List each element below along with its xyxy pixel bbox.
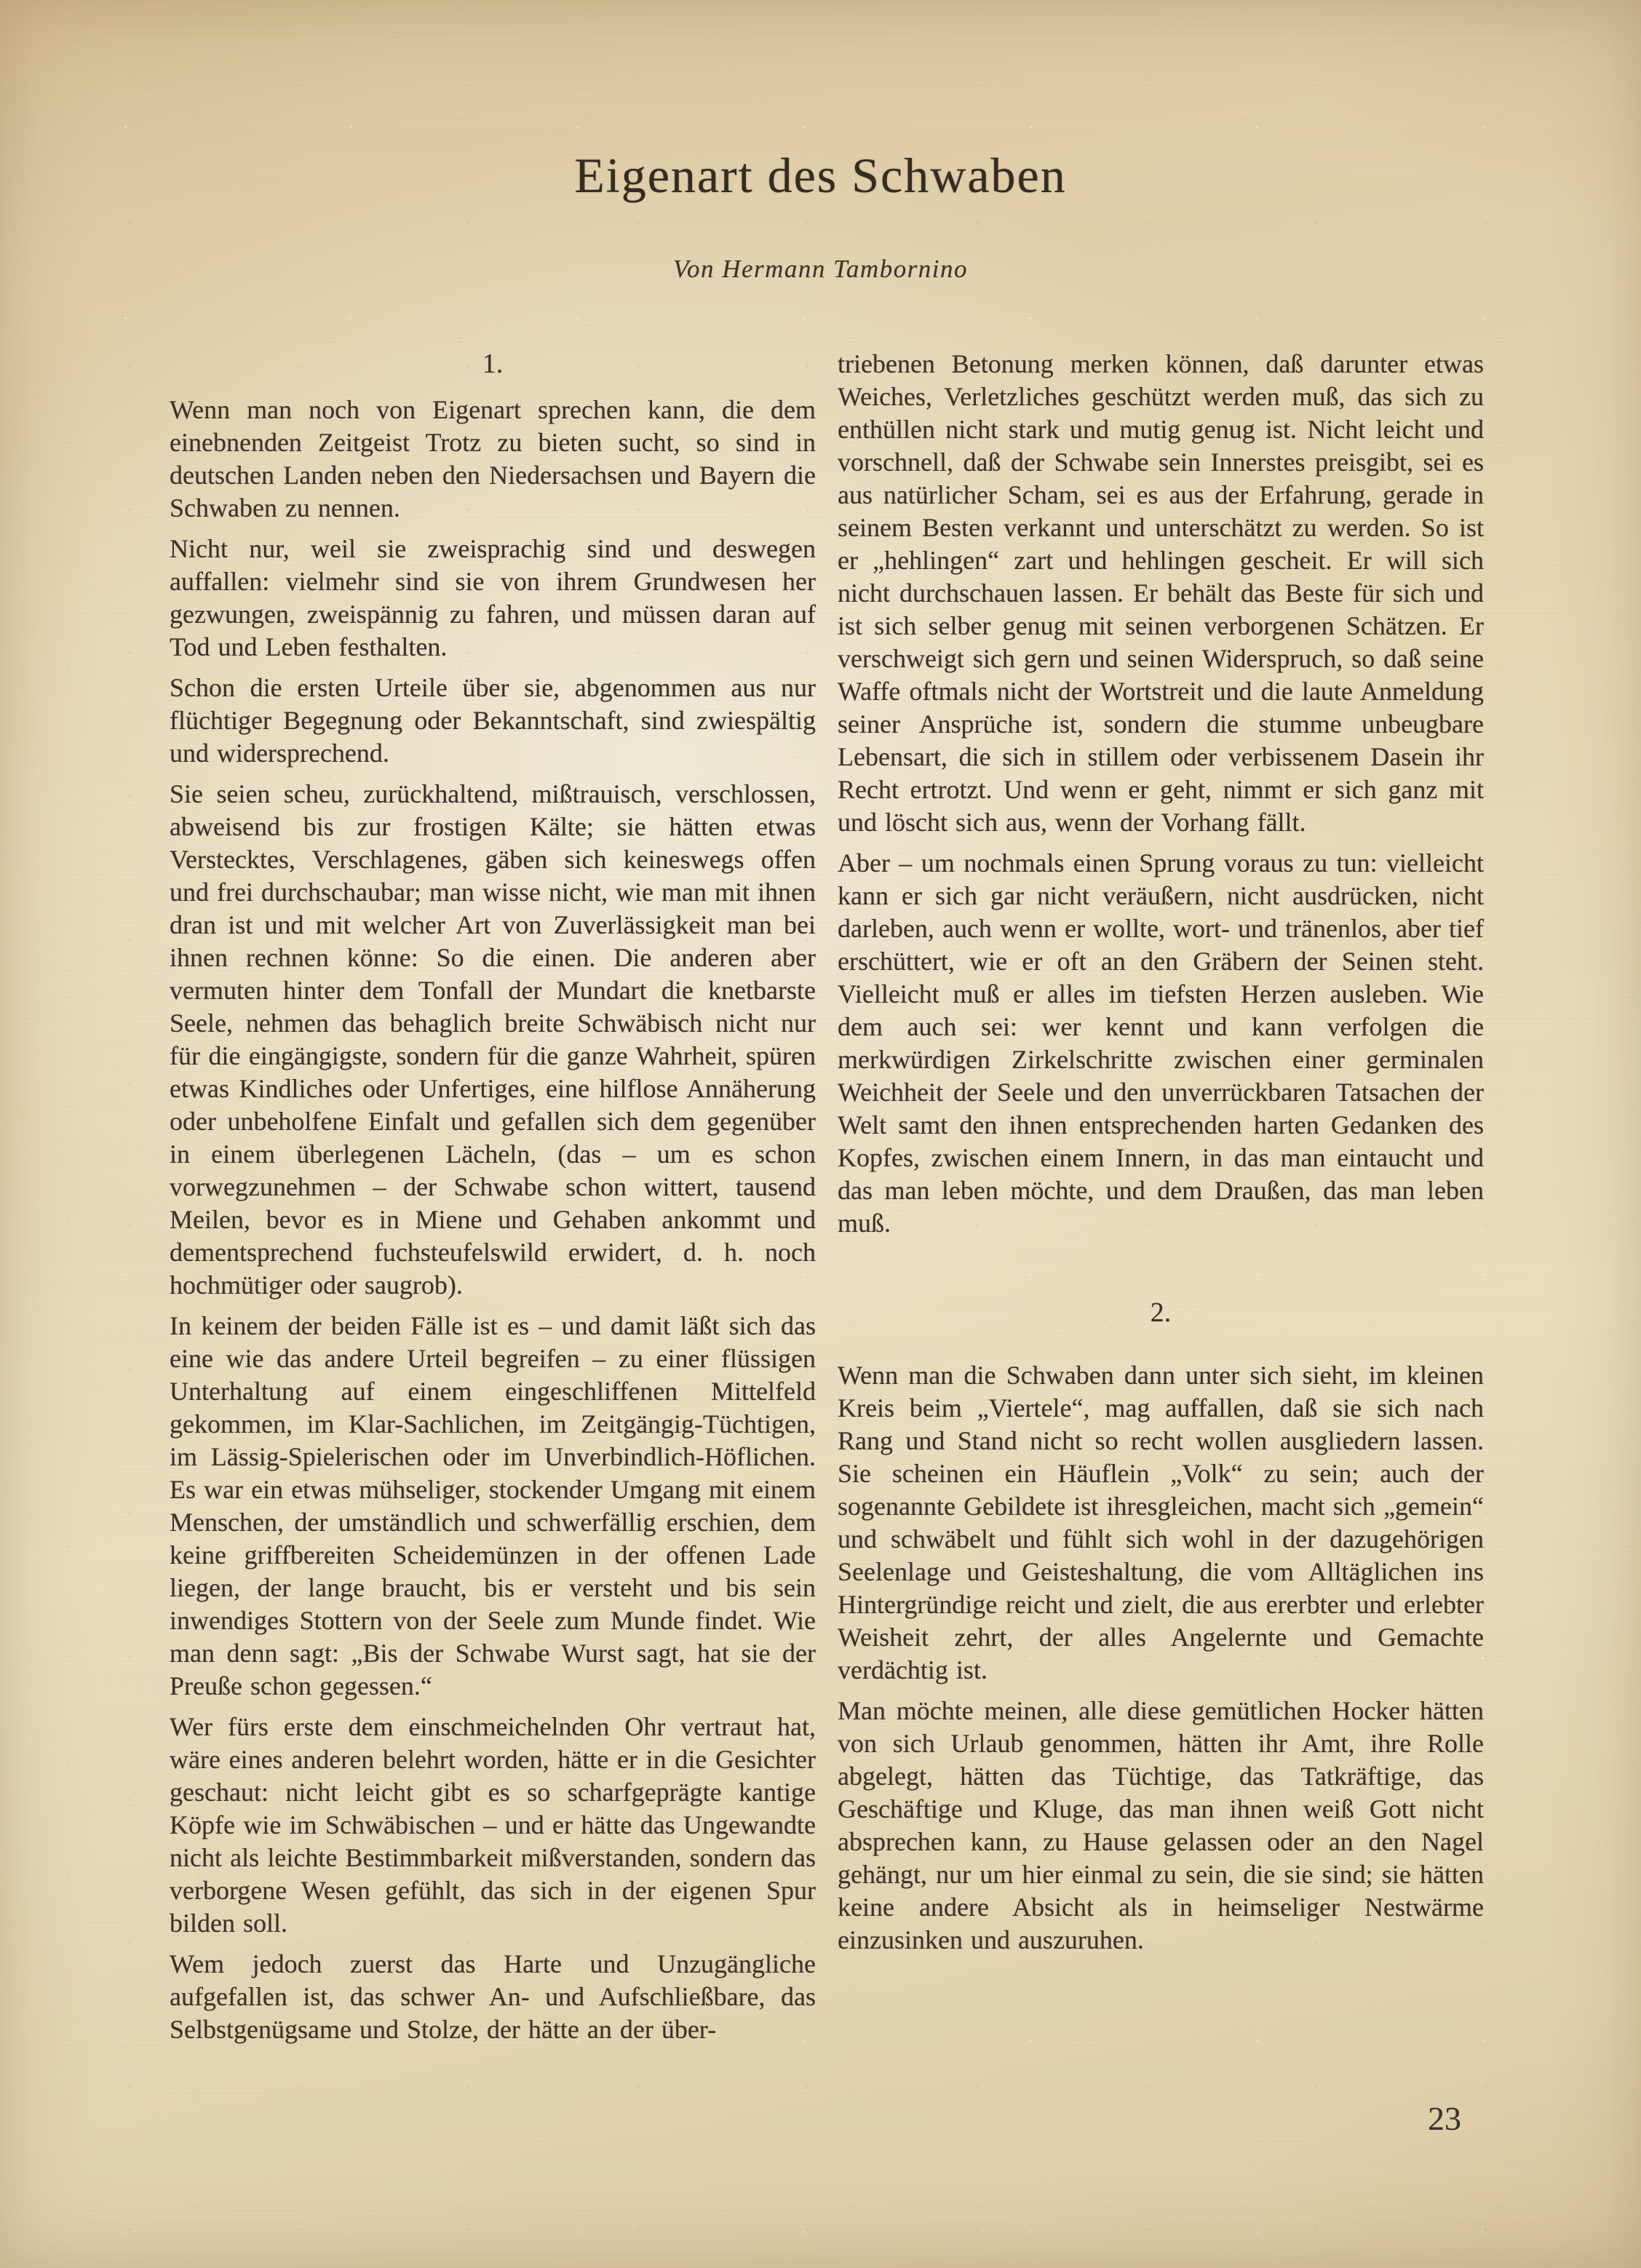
page-number: 23 <box>1428 2101 1461 2136</box>
scanned-page: Eigenart des Schwaben Von Hermann Tambor… <box>0 0 1641 2268</box>
paragraph: triebenen Betonung merken können, daß da… <box>838 348 1484 839</box>
section-2-heading: 2. <box>838 1297 1484 1329</box>
right-column: triebenen Betonung merken können, daß da… <box>838 348 1484 2054</box>
section-1-heading: 1. <box>170 348 816 380</box>
paragraph: Man möchte meinen, alle diese gemütliche… <box>838 1695 1484 1957</box>
paragraph: Wenn man noch von Eigenart sprechen kann… <box>170 394 816 525</box>
paragraph: Aber – um nochmals einen Sprung voraus z… <box>838 847 1484 1240</box>
paragraph: In keinem der beiden Fälle ist es – und … <box>170 1310 816 1703</box>
paragraph: Wem jedoch zuerst das Harte und Unzugäng… <box>170 1948 816 2046</box>
paragraph: Nicht nur, weil sie zweisprachig sind un… <box>170 533 816 664</box>
paragraph: Sie seien scheu, zurückhaltend, mißtraui… <box>170 778 816 1302</box>
paragraph: Schon die ersten Urteile über sie, abgen… <box>170 672 816 770</box>
byline: Von Hermann Tambornino <box>0 255 1641 284</box>
article-body: 1. Wenn man noch von Eigenart sprechen k… <box>170 348 1484 2054</box>
paragraph: Wenn man die Schwaben dann unter sich si… <box>838 1359 1484 1687</box>
article-title: Eigenart des Schwaben <box>0 149 1641 202</box>
left-column: 1. Wenn man noch von Eigenart sprechen k… <box>170 348 816 2054</box>
paragraph: Wer fürs erste dem einschmeichelnden Ohr… <box>170 1711 816 1940</box>
